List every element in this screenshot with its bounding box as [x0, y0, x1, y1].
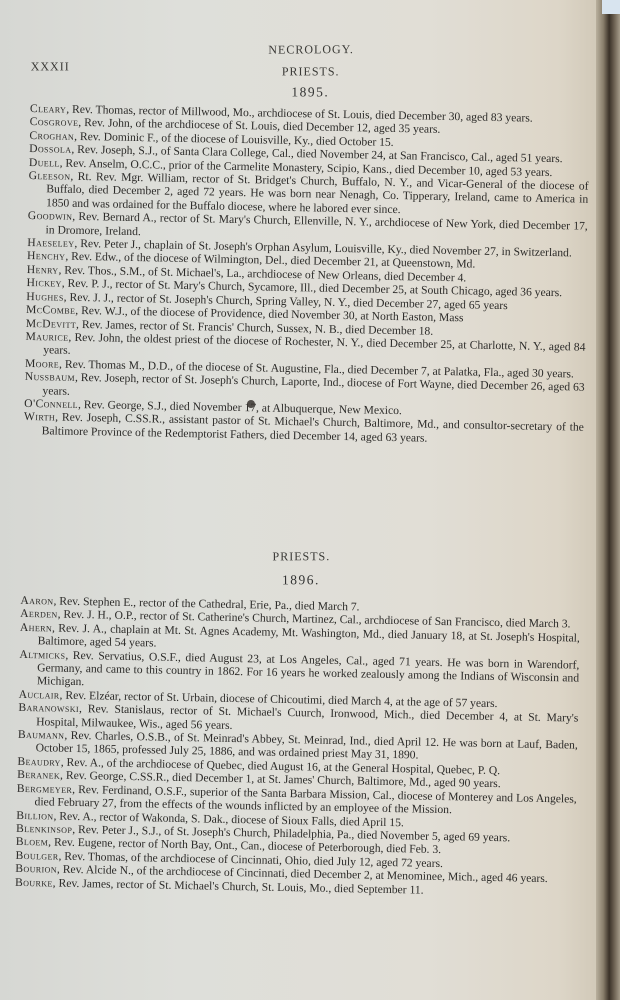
necrology-list-1895: Cleary, Rev. Thomas, rector of Millwood,… — [24, 102, 590, 448]
surname: Auclair — [19, 688, 60, 702]
surname: Aaron — [20, 594, 53, 608]
surname: Bloem — [16, 835, 49, 849]
surname: Dossola — [29, 142, 72, 156]
surname: McCombe — [26, 303, 76, 317]
surname: Beranek — [17, 768, 60, 782]
page-content: NECROLOGY. XXXII PRIESTS. 1895. Cleary, … — [32, 0, 592, 11]
surname: McDevitt — [26, 316, 77, 330]
section-title-1896: PRIESTS. — [21, 549, 581, 564]
surname: Cosgrove — [30, 115, 79, 129]
surname: Beaudry — [17, 755, 61, 769]
surname: Henry — [27, 263, 59, 277]
running-title: NECROLOGY. — [31, 41, 591, 58]
surname: Moore — [25, 357, 59, 371]
book-page: NECROLOGY. XXXII PRIESTS. 1895. Cleary, … — [0, 0, 606, 1000]
surname: Haeseley — [27, 236, 74, 250]
surname: Bourion — [15, 862, 57, 876]
page-header: XXXII PRIESTS. — [31, 60, 591, 87]
surname: Altmicks — [19, 648, 65, 662]
surname: Baumann — [18, 728, 65, 742]
surname: Maurice — [25, 330, 68, 344]
surname: Blenkinsop — [16, 822, 72, 836]
surname: Nussbaum — [25, 370, 76, 384]
surname: Aerden — [20, 607, 58, 621]
surname: Billion — [16, 808, 53, 822]
surname: Bergmeyer — [17, 782, 73, 796]
year-heading-1895: 1895. — [30, 85, 590, 99]
book-spine-shadow — [596, 0, 620, 1000]
surname: Croghan — [29, 129, 74, 143]
surname: Baranowski — [18, 701, 79, 715]
surname: Duell — [29, 156, 60, 170]
surname: Wirth — [24, 410, 55, 424]
section-title-1895: PRIESTS. — [31, 65, 591, 79]
surname: Ahern — [20, 621, 52, 635]
background-corner — [602, 0, 620, 14]
surname: Cleary — [30, 102, 67, 116]
surname: Hughes — [26, 290, 64, 304]
surname: Gleeson — [29, 169, 71, 183]
surname: O'Connell — [24, 397, 78, 411]
necrology-list-1896: Aaron, Rev. Stephen E., rector of the Ca… — [15, 594, 581, 900]
surname: Bourke — [15, 875, 53, 889]
year-heading-1896: 1896. — [21, 573, 581, 588]
surname: Goodwin — [28, 209, 73, 223]
ink-smudge — [247, 400, 255, 408]
surname: Boulger — [15, 849, 58, 863]
surname: Henchy — [27, 249, 66, 263]
surname: Hickey — [26, 276, 61, 290]
section-heading-1896: PRIESTS. 1896. — [21, 545, 582, 593]
